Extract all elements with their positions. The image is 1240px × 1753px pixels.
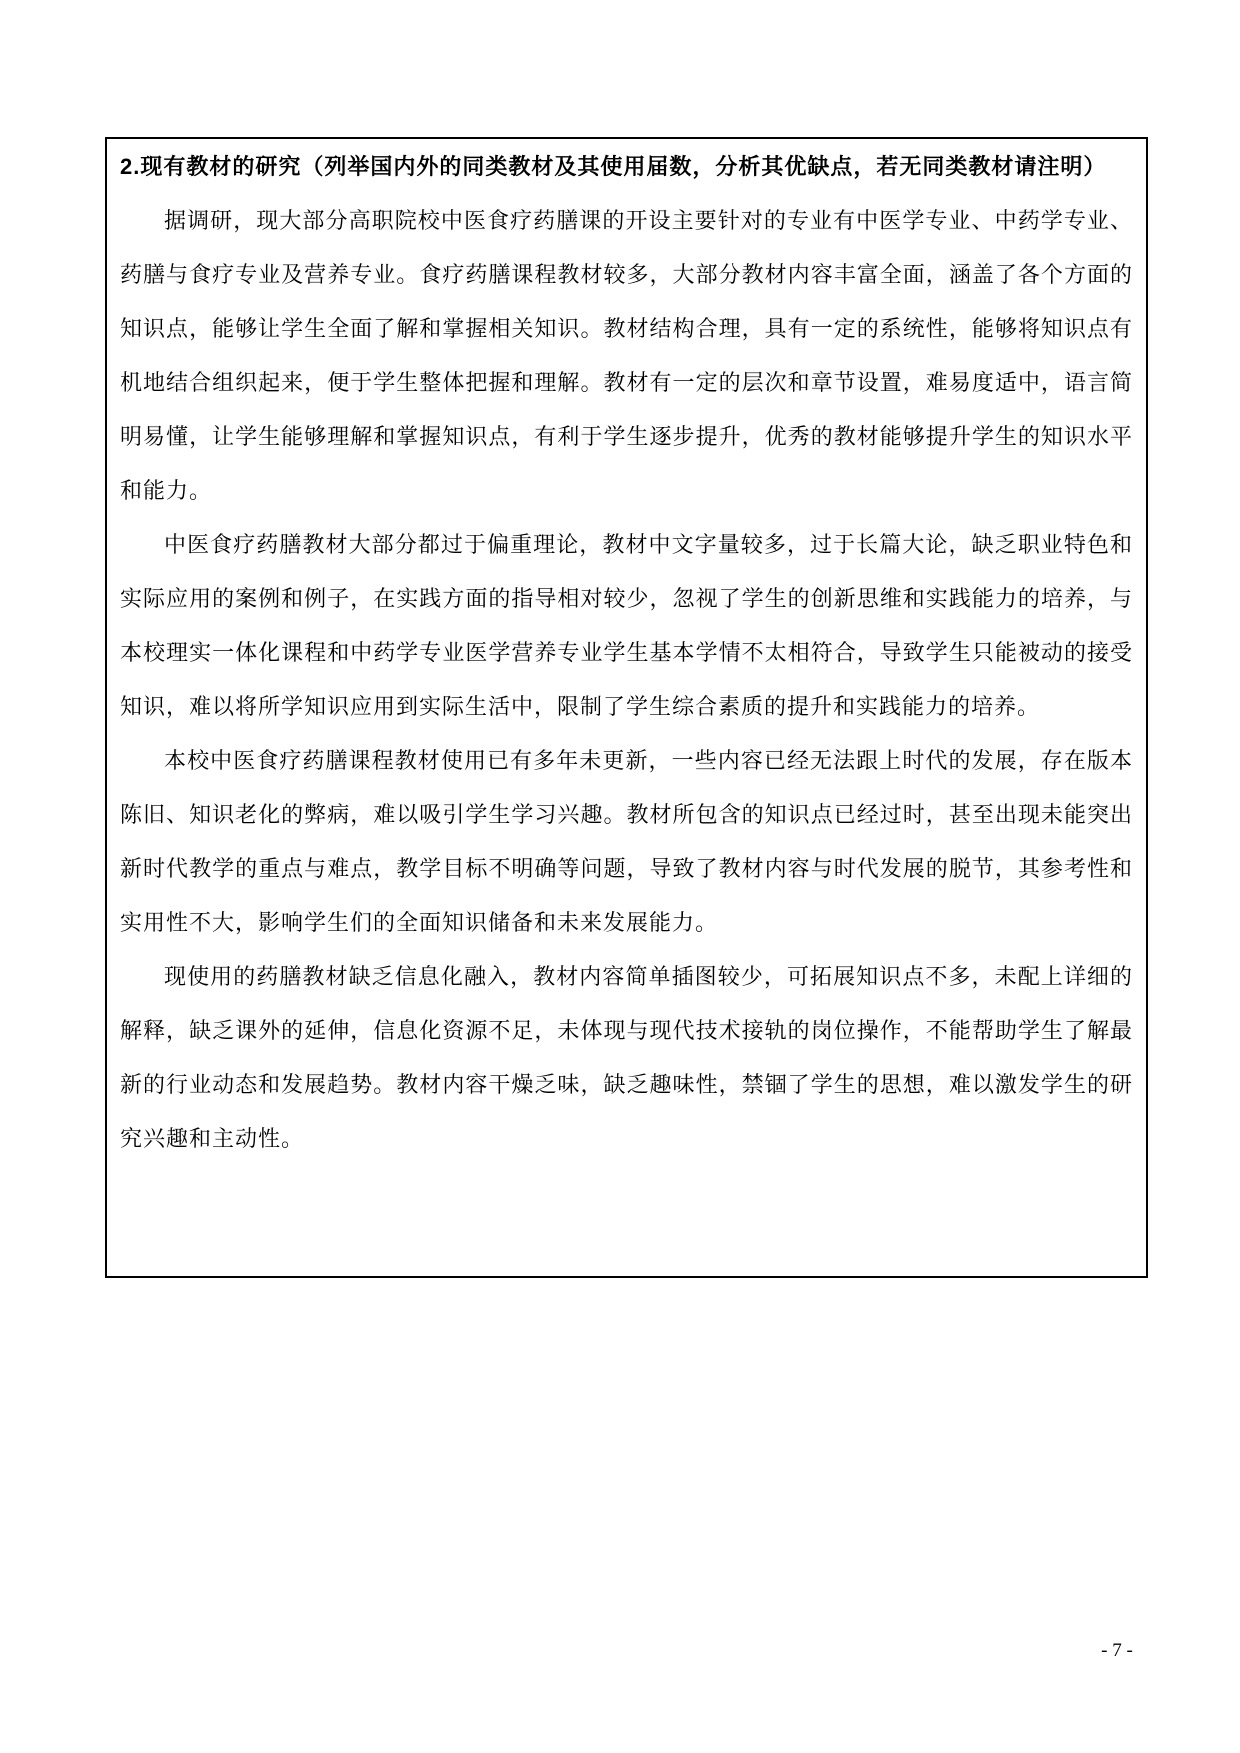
paragraph-lack-of-digital-resources: 现使用的药膳教材缺乏信息化融入，教材内容简单插图较少，可拓展知识点不多，未配上详… xyxy=(120,950,1133,1166)
document-page: 2.现有教材的研究（列举国内外的同类教材及其使用届数，分析其优缺点，若无同类教材… xyxy=(0,0,1240,1753)
page-number: - 7 - xyxy=(1062,1640,1172,1662)
paragraph-outdated-content: 本校中医食疗药膳课程教材使用已有多年未更新，一些内容已经无法跟上时代的发展，存在… xyxy=(120,734,1133,950)
paragraph-current-textbooks-overview: 据调研，现大部分高职院校中医食疗药膳课的开设主要针对的专业有中医学专业、中药学专… xyxy=(120,194,1133,518)
section-box: 2.现有教材的研究（列举国内外的同类教材及其使用届数，分析其优缺点，若无同类教材… xyxy=(105,137,1148,1278)
section-heading: 2.现有教材的研究（列举国内外的同类教材及其使用届数，分析其优缺点，若无同类教材… xyxy=(120,140,1133,194)
paragraph-theory-heavy-drawbacks: 中医食疗药膳教材大部分都过于偏重理论，教材中文字量较多，过于长篇大论，缺乏职业特… xyxy=(120,518,1133,734)
